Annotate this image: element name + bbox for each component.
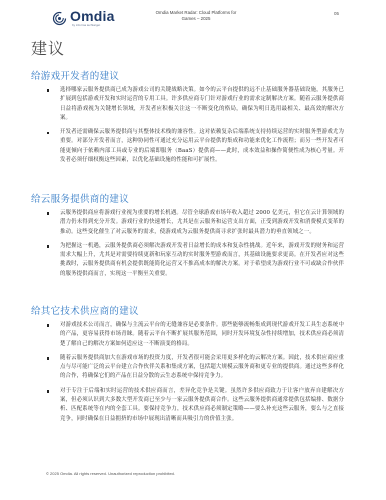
list-item: 选择哪家云服务提供商已成为游戏公司的关键战略决策。如今的云平台提供的远不止基础服… xyxy=(46,86,344,123)
section-heading-developers: 给游戏开发者的建议 xyxy=(31,68,119,82)
page-number: 05 xyxy=(334,11,339,16)
bullet-icon xyxy=(47,212,49,214)
section-heading-cloud-providers: 给云服务提供商的建议 xyxy=(31,191,129,205)
bullet-text: 选择哪家云服务提供商已成为游戏公司的关键战略决策。如今的云平台提供的远不止基础服… xyxy=(60,87,344,121)
bullet-icon xyxy=(47,245,49,247)
cloud-provider-recommendations-list: 云服务提供商应将游戏行业视为重要的增长机遇。尽管全球游戏市场年收入超过 2000… xyxy=(46,209,344,284)
page-title: 建议 xyxy=(31,36,65,59)
bullet-text: 随着云服务提供商加大在游戏市场的投资力度，开发者很可能会采用更多样化的云解决方案… xyxy=(60,355,344,380)
bullet-text: 开发者还需确保云服务提供商与其整体技术栈的兼容性。这对依赖复杂后端系统支持持续运… xyxy=(60,129,344,163)
logo-subtitle: by informa techtarget xyxy=(72,23,115,27)
logo-wordmark: Omdia xyxy=(70,9,115,23)
bullet-text: 云服务提供商应将游戏行业视为重要的增长机遇。尽管全球游戏市场年收入超过 2000… xyxy=(60,210,344,235)
bullet-icon xyxy=(47,390,49,392)
omdia-logo-icon xyxy=(52,11,67,26)
omdia-logo: Omdia by informa techtarget xyxy=(52,9,115,27)
tech-vendor-recommendations-list: 对游戏技术公司而言，确保与主流云平台的无缝兼容是必要条件。那些能够流畅集成到现代… xyxy=(46,321,344,429)
report-title-line-2: Games – 2025 xyxy=(140,16,252,22)
section-heading-tech-vendors: 给其它技术供应商的建议 xyxy=(31,303,139,317)
list-item: 为把握这一机遇，云服务提供商必须解决游戏开发者日益增长的成本和复杂性挑战。近年来… xyxy=(46,242,344,279)
list-item: 对游戏技术公司而言，确保与主流云平台的无缝兼容是必要条件。那些能够流畅集成到现代… xyxy=(46,321,344,349)
page-header: Omdia by informa techtarget Omdia Market… xyxy=(0,0,386,36)
list-item: 对于专注于后端和实时运营的技术供应商而言，差异化竞争是关键。虽然许多供应商致力于… xyxy=(46,387,344,424)
bullet-icon xyxy=(47,89,49,91)
copyright-footer: © 2025 Omdia. All rights reserved. Unaut… xyxy=(46,471,175,476)
list-item: 云服务提供商应将游戏行业视为重要的增长机遇。尽管全球游戏市场年收入超过 2000… xyxy=(46,209,344,237)
bullet-icon xyxy=(47,132,49,134)
bullet-icon xyxy=(47,324,49,326)
bullet-text: 对游戏技术公司而言，确保与主流云平台的无缝兼容是必要条件。那些能够流畅集成到现代… xyxy=(60,322,344,347)
bullet-text: 对于专注于后端和实时运营的技术供应商而言，差异化竞争是关键。虽然许多供应商致力于… xyxy=(60,388,344,422)
list-item: 开发者还需确保云服务提供商与其整体技术栈的兼容性。这对依赖复杂后端系统支持持续运… xyxy=(46,128,344,165)
bullet-text: 为把握这一机遇，云服务提供商必须解决游戏开发者日益增长的成本和复杂性挑战。近年来… xyxy=(60,243,344,277)
developer-recommendations-list: 选择哪家云服务提供商已成为游戏公司的关键战略决策。如今的云平台提供的远不止基础服… xyxy=(46,86,344,170)
report-title: Omdia Market Radar: Cloud Platforms for … xyxy=(140,10,252,22)
bullet-icon xyxy=(47,357,49,359)
list-item: 随着云服务提供商加大在游戏市场的投资力度，开发者很可能会采用更多样化的云解决方案… xyxy=(46,354,344,382)
